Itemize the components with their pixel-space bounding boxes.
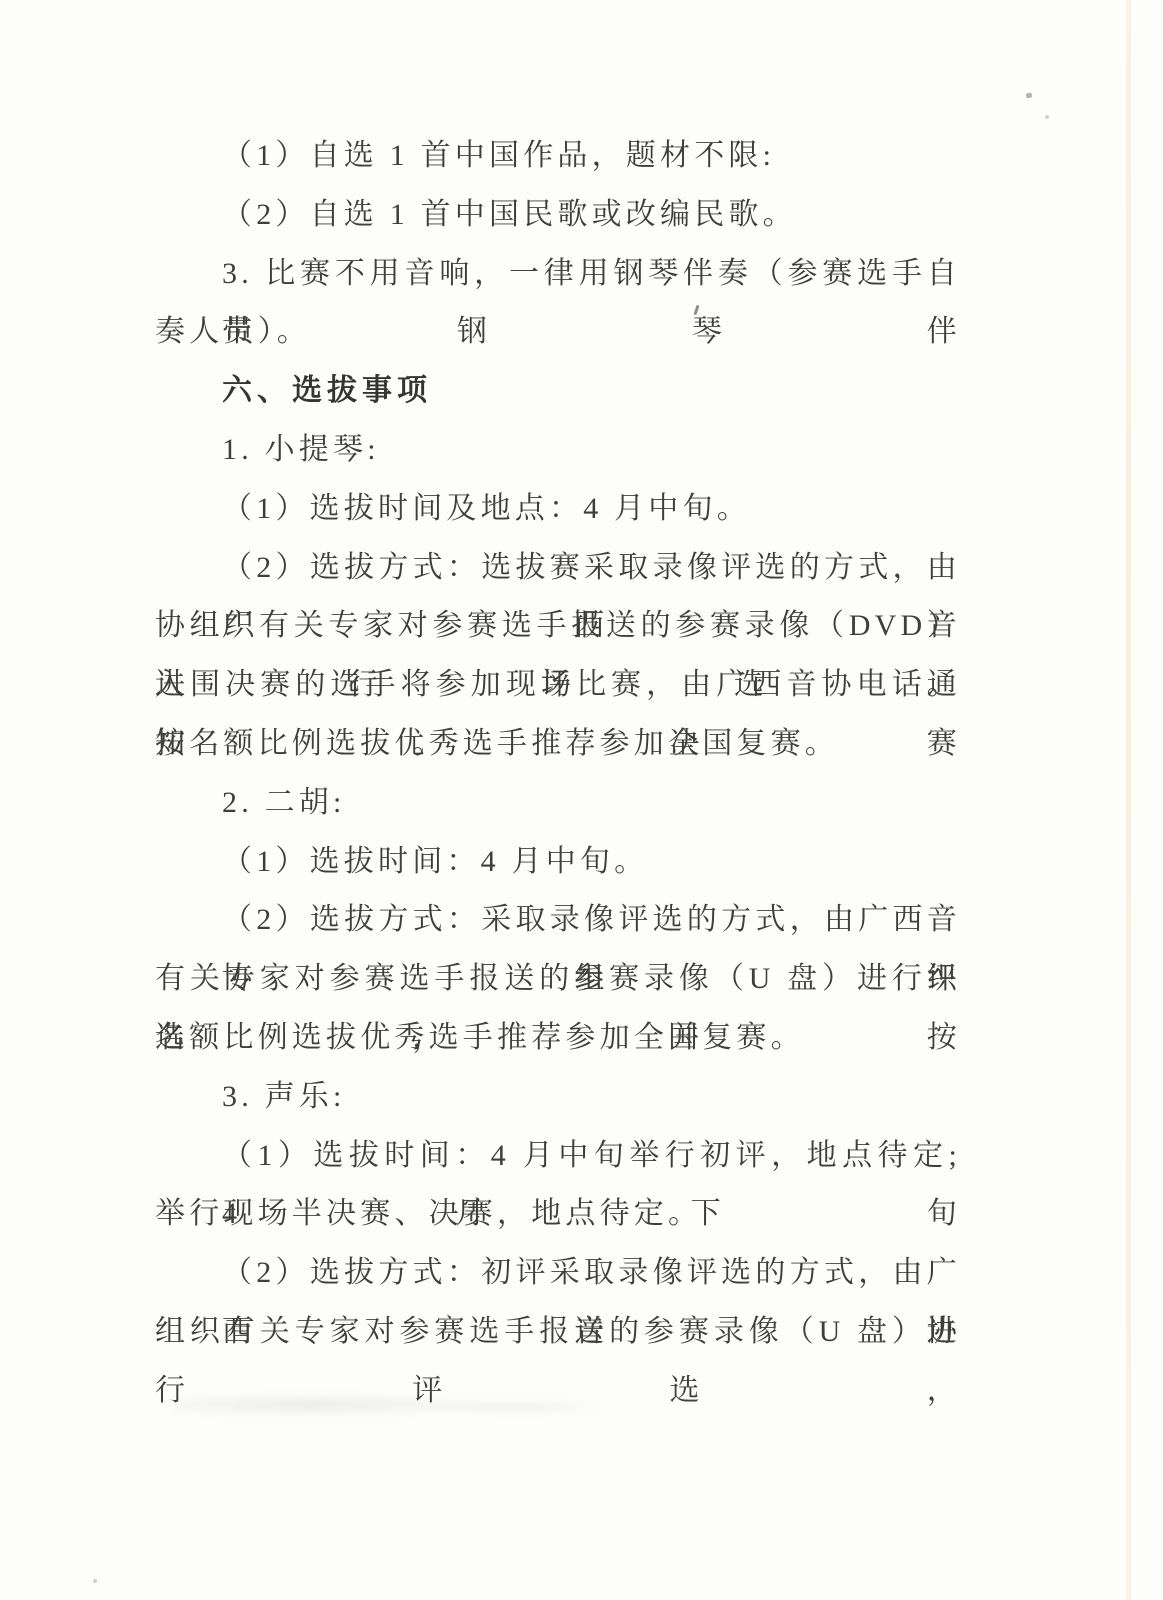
text-line: （1）选拔时间：4 月中旬举行初评，地点待定; 4 月下旬 xyxy=(155,1127,961,1186)
scan-speck xyxy=(1045,115,1049,119)
text-line: （2）选拔方式：初评采取录像评选的方式，由广西音协 xyxy=(155,1244,961,1303)
text-line: （2）选拔方式：选拔赛采取录像评选的方式，由广西音 xyxy=(155,539,961,598)
list-item-heading: 2. 二胡: xyxy=(155,774,961,833)
text-line: （2）选拔方式：采取录像评选的方式，由广西音协组织 xyxy=(155,891,961,950)
text-line: 组织有关专家对参赛选手报送的参赛录像（U 盘）进行评选， xyxy=(155,1303,961,1362)
scan-speck xyxy=(93,1579,97,1583)
text-line: 有关专家对参赛选手报送的参赛录像（U 盘）进行评选，并按 xyxy=(155,950,961,1009)
text-line: （1）自选 1 首中国作品，题材不限: xyxy=(155,127,961,186)
list-item-heading: 3. 声乐: xyxy=(155,1068,961,1127)
text-line: （1）选拔时间及地点：4 月中旬。 xyxy=(155,480,961,539)
text-line: 协组织有关专家对参赛选手报送的参赛录像（DVD）进行评选。 xyxy=(155,597,961,656)
text-line: （1）选拔时间：4 月中旬。 xyxy=(155,833,961,892)
text-line: 入围决赛的选手将参加现场比赛，由广西音协电话通知。决赛 xyxy=(155,656,961,715)
scan-speck xyxy=(1025,92,1032,98)
text-line: （2）自选 1 首中国民歌或改编民歌。 xyxy=(155,186,961,245)
scan-crease-artifact xyxy=(1126,0,1131,1600)
document-body: （1）自选 1 首中国作品，题材不限: （2）自选 1 首中国民歌或改编民歌。 … xyxy=(155,127,961,1362)
scanned-document-page: （1）自选 1 首中国作品，题材不限: （2）自选 1 首中国民歌或改编民歌。 … xyxy=(0,0,1163,1600)
list-item-heading: 1. 小提琴: xyxy=(155,421,961,480)
section-heading: 六、选拔事项 xyxy=(155,362,961,421)
text-line: 3. 比赛不用音响，一律用钢琴伴奏（参赛选手自带钢琴伴 xyxy=(155,245,961,304)
